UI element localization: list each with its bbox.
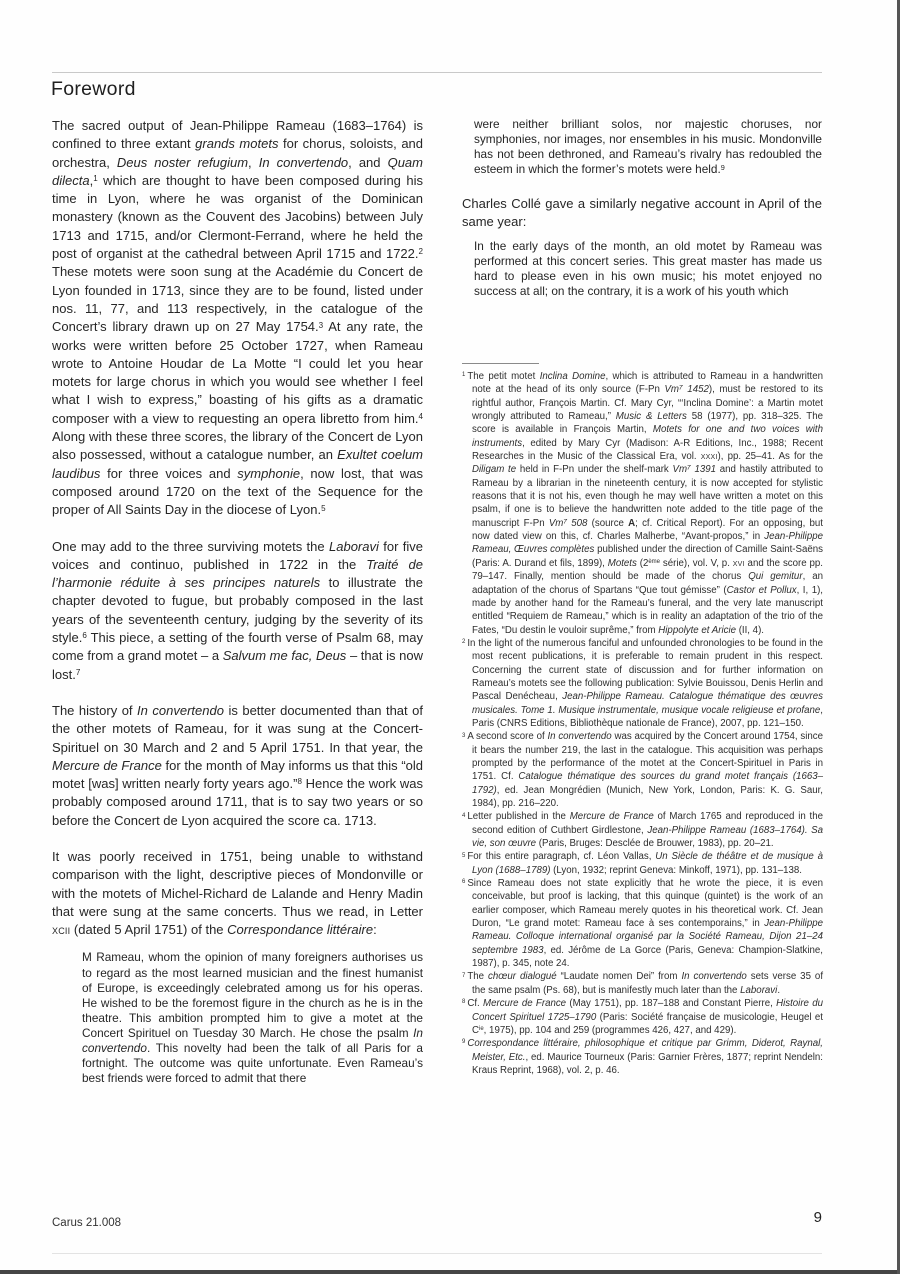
footnote-text: Cf. Mercure de France (May 1751), pp. 18… [467, 998, 823, 1036]
footnote: 3A second score of In convertendo was ac… [462, 730, 823, 810]
footnote-number: 7 [462, 973, 465, 979]
page-title: Foreword [51, 78, 136, 101]
footnote-number: 6 [462, 879, 465, 885]
paragraph: It was poorly received in 1751, being un… [52, 848, 423, 939]
footnote-number: 8 [462, 999, 465, 1005]
footnote-text: A second score of In convertendo was acq… [467, 731, 823, 809]
footnote-text: Letter published in the Mercure de Franc… [467, 811, 823, 849]
footnote-number: 4 [462, 813, 465, 819]
page-number: 9 [0, 1209, 822, 1226]
block-quote: In the early days of the month, an old m… [474, 239, 822, 299]
scanned-book-page: Foreword The sacred output of Jean-Phili… [0, 0, 900, 1274]
footnote-text: For this entire paragraph, cf. Léon Vall… [467, 851, 823, 875]
footnote-text: The petit motet Inclina Domine, which is… [467, 371, 823, 636]
footnote: 6Since Rameau does not state explicitly … [462, 877, 823, 970]
footnote: 7The chœur dialogué “Laudate nomen Dei” … [462, 970, 823, 997]
footnotes-block: 1The petit motet Inclina Domine, which i… [462, 370, 823, 1077]
paragraph: The history of In convertendo is better … [52, 702, 423, 830]
header-rule [52, 72, 822, 73]
paragraph: Charles Collé gave a similarly negative … [462, 195, 822, 232]
footnote-text: The chœur dialogué “Laudate nomen Dei” f… [467, 971, 823, 995]
footnote-number: 5 [462, 853, 465, 859]
footnote-number: 1 [462, 372, 465, 378]
footnote: 2In the light of the numerous fanciful a… [462, 637, 823, 730]
footnote-separator-rule [462, 363, 539, 364]
block-quote-continuation: were neither brilliant solos, nor majest… [474, 117, 822, 177]
footnote-number: 3 [462, 733, 465, 739]
footnote: 1The petit motet Inclina Domine, which i… [462, 370, 823, 637]
footnote-text: In the light of the numerous fanciful an… [467, 638, 823, 729]
footnote-text: Correspondance littéraire, philosophique… [467, 1038, 823, 1076]
footnote: 9Correspondance littéraire, philosophiqu… [462, 1037, 823, 1077]
left-column: The sacred output of Jean-Philippe Ramea… [52, 117, 423, 1086]
block-quote: M Rameau, whom the opinion of many forei… [82, 950, 423, 1086]
footer-rule [52, 1253, 822, 1254]
paragraph: The sacred output of Jean-Philippe Ramea… [52, 117, 423, 520]
scan-edge-bottom [0, 1270, 900, 1274]
footnote: 8Cf. Mercure de France (May 1751), pp. 1… [462, 997, 823, 1037]
footnote-number: 9 [462, 1039, 465, 1045]
footnote-number: 2 [462, 639, 465, 645]
footnote: 5For this entire paragraph, cf. Léon Val… [462, 850, 823, 877]
footnote-text: Since Rameau does not state explicitly t… [467, 878, 823, 969]
footnote: 4Letter published in the Mercure de Fran… [462, 810, 823, 850]
paragraph: One may add to the three surviving motet… [52, 538, 423, 684]
